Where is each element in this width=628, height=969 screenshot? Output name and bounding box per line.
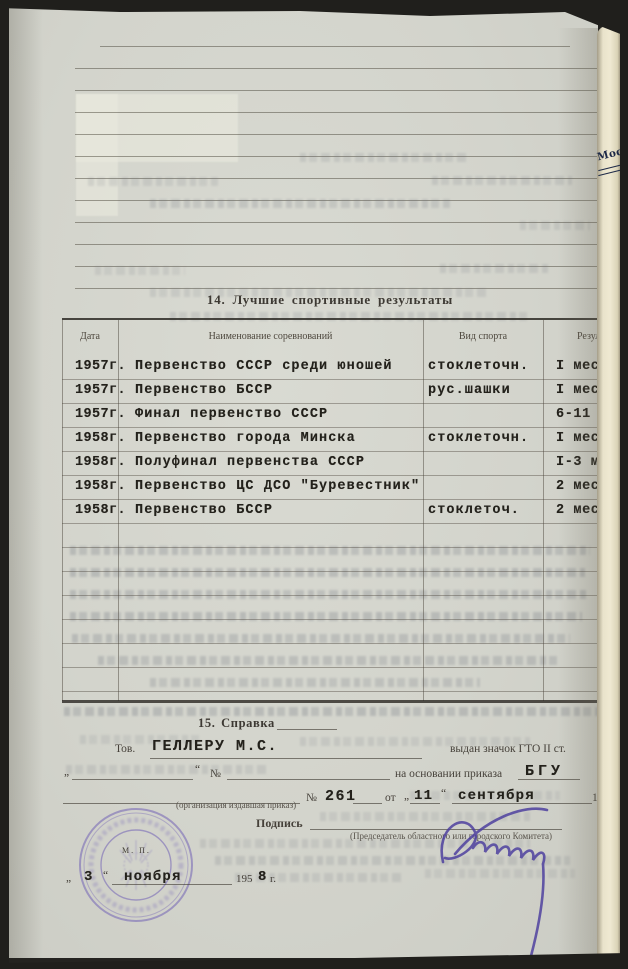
- date-day: 3: [84, 869, 94, 885]
- quote-close: “: [103, 870, 108, 882]
- issued-badge-text: выдан значок ГТО II ст.: [450, 743, 566, 755]
- scanned-booklet-page: 14. Лучшие спортивные результаты Дата На…: [0, 0, 628, 969]
- number-sign: №: [210, 768, 221, 780]
- ghost-text: [440, 264, 550, 273]
- year-typed: 8: [258, 869, 268, 885]
- cell-sport: рус.шашки: [428, 383, 511, 398]
- col-header-date: Дата: [62, 331, 118, 342]
- recipient-name: ГЕЛЛЕРУ М.С.: [152, 738, 278, 755]
- ghost-text: [150, 199, 450, 208]
- table-row: 1958г. Первенство БССР стоклеточ. 2 мест…: [62, 500, 620, 524]
- quote-open: „: [66, 872, 71, 884]
- table-row-empty: [62, 644, 620, 668]
- ghost-text: [432, 176, 572, 185]
- ruled-line: [100, 46, 570, 47]
- signature-label: Подпись: [256, 816, 303, 831]
- stamp-mp-label: М. П.: [122, 846, 151, 855]
- order-number: 261: [325, 788, 357, 805]
- ruled-line: [75, 90, 597, 91]
- ruled-line: [75, 68, 597, 69]
- basis-label: на основании приказа: [395, 768, 502, 780]
- ghost-text: [88, 177, 218, 186]
- cell-event: Первенство города Минска: [135, 431, 356, 446]
- cell-event: Первенство ЦС ДСО "Буревестник": [135, 479, 420, 494]
- cell-event: Первенство СССР среди юношей: [135, 359, 393, 374]
- ghost-text: [66, 765, 266, 774]
- table-row-empty: [62, 524, 620, 548]
- cell-event: Первенство БССР: [135, 383, 273, 398]
- cell-date: 1958г.: [75, 479, 126, 494]
- cell-sport: стоклеточн.: [428, 431, 529, 446]
- cell-date: 1957г.: [75, 407, 126, 422]
- ghost-text: [300, 153, 470, 162]
- cell-date: 1957г.: [75, 359, 126, 374]
- date-month: ноября: [124, 869, 182, 885]
- quote-open: „: [64, 766, 69, 778]
- cell-date: 1958г.: [75, 431, 126, 446]
- section-15-title: 15. Справка: [198, 716, 275, 731]
- ruled-line: [75, 134, 597, 135]
- year-suffix: г.: [270, 873, 276, 885]
- results-table: Дата Наименование соревнований Вид спорт…: [62, 318, 620, 704]
- cell-sport: стоклеточн.: [428, 359, 529, 374]
- handwritten-signature: [395, 788, 573, 963]
- year-printed: 195: [236, 873, 253, 885]
- form-line: [72, 779, 193, 780]
- table-row-empty: [62, 572, 620, 596]
- order-number-sign: №: [306, 792, 317, 804]
- table-row-empty: [62, 692, 620, 715]
- section-14-title: 14. Лучшие спортивные результаты: [62, 292, 598, 308]
- cell-date: 1958г.: [75, 503, 126, 518]
- ruled-line: [75, 244, 597, 245]
- table-row-empty: [62, 668, 620, 692]
- table-row-empty: [62, 548, 620, 572]
- left-page-shadow: [9, 8, 43, 958]
- table-row: 1958г. Первенство ЦС ДСО "Буревестник" 2…: [62, 476, 620, 500]
- table-top-border: [62, 318, 620, 320]
- cell-event: Полуфинал первенства СССР: [135, 455, 365, 470]
- table-row-empty: [62, 596, 620, 620]
- table-row: 1957г. Финал первенство СССР 6-11 место: [62, 404, 620, 428]
- page-curl-shadow: [558, 28, 598, 954]
- col-header-sport: Вид спорта: [423, 331, 543, 342]
- scan-border-right: [620, 0, 628, 969]
- ruled-line: [75, 112, 597, 113]
- col-header-event: Наименование соревнований: [118, 331, 423, 342]
- quote-close: “: [195, 764, 200, 776]
- round-stamp: [66, 796, 206, 936]
- cell-event: Финал первенство СССР: [135, 407, 328, 422]
- form-line: [353, 803, 382, 804]
- cell-date: 1958г.: [75, 455, 126, 470]
- cell-event: Первенство БССР: [135, 503, 273, 518]
- form-line: [150, 758, 422, 759]
- cell-sport: стоклеточ.: [428, 503, 520, 518]
- table-row: 1958г. Полуфинал первенства СССР I-3 мес…: [62, 452, 620, 476]
- table-row: 1957г. Первенство СССР среди юношей сток…: [62, 356, 620, 380]
- cell-date: 1957г.: [75, 383, 126, 398]
- table-row: 1957г. Первенство БССР рус.шашки I место: [62, 380, 620, 404]
- table-row-empty: [62, 620, 620, 644]
- table-row: 1958г. Первенство города Минска стоклето…: [62, 428, 620, 452]
- ghost-text: [95, 266, 185, 275]
- form-line: [227, 779, 390, 780]
- ruled-line: [75, 222, 597, 223]
- form-line: [277, 729, 337, 730]
- table-rows: 1957г. Первенство СССР среди юношей сток…: [62, 356, 620, 715]
- tov-label: Тов.: [115, 743, 135, 755]
- scan-border-left: [0, 0, 9, 969]
